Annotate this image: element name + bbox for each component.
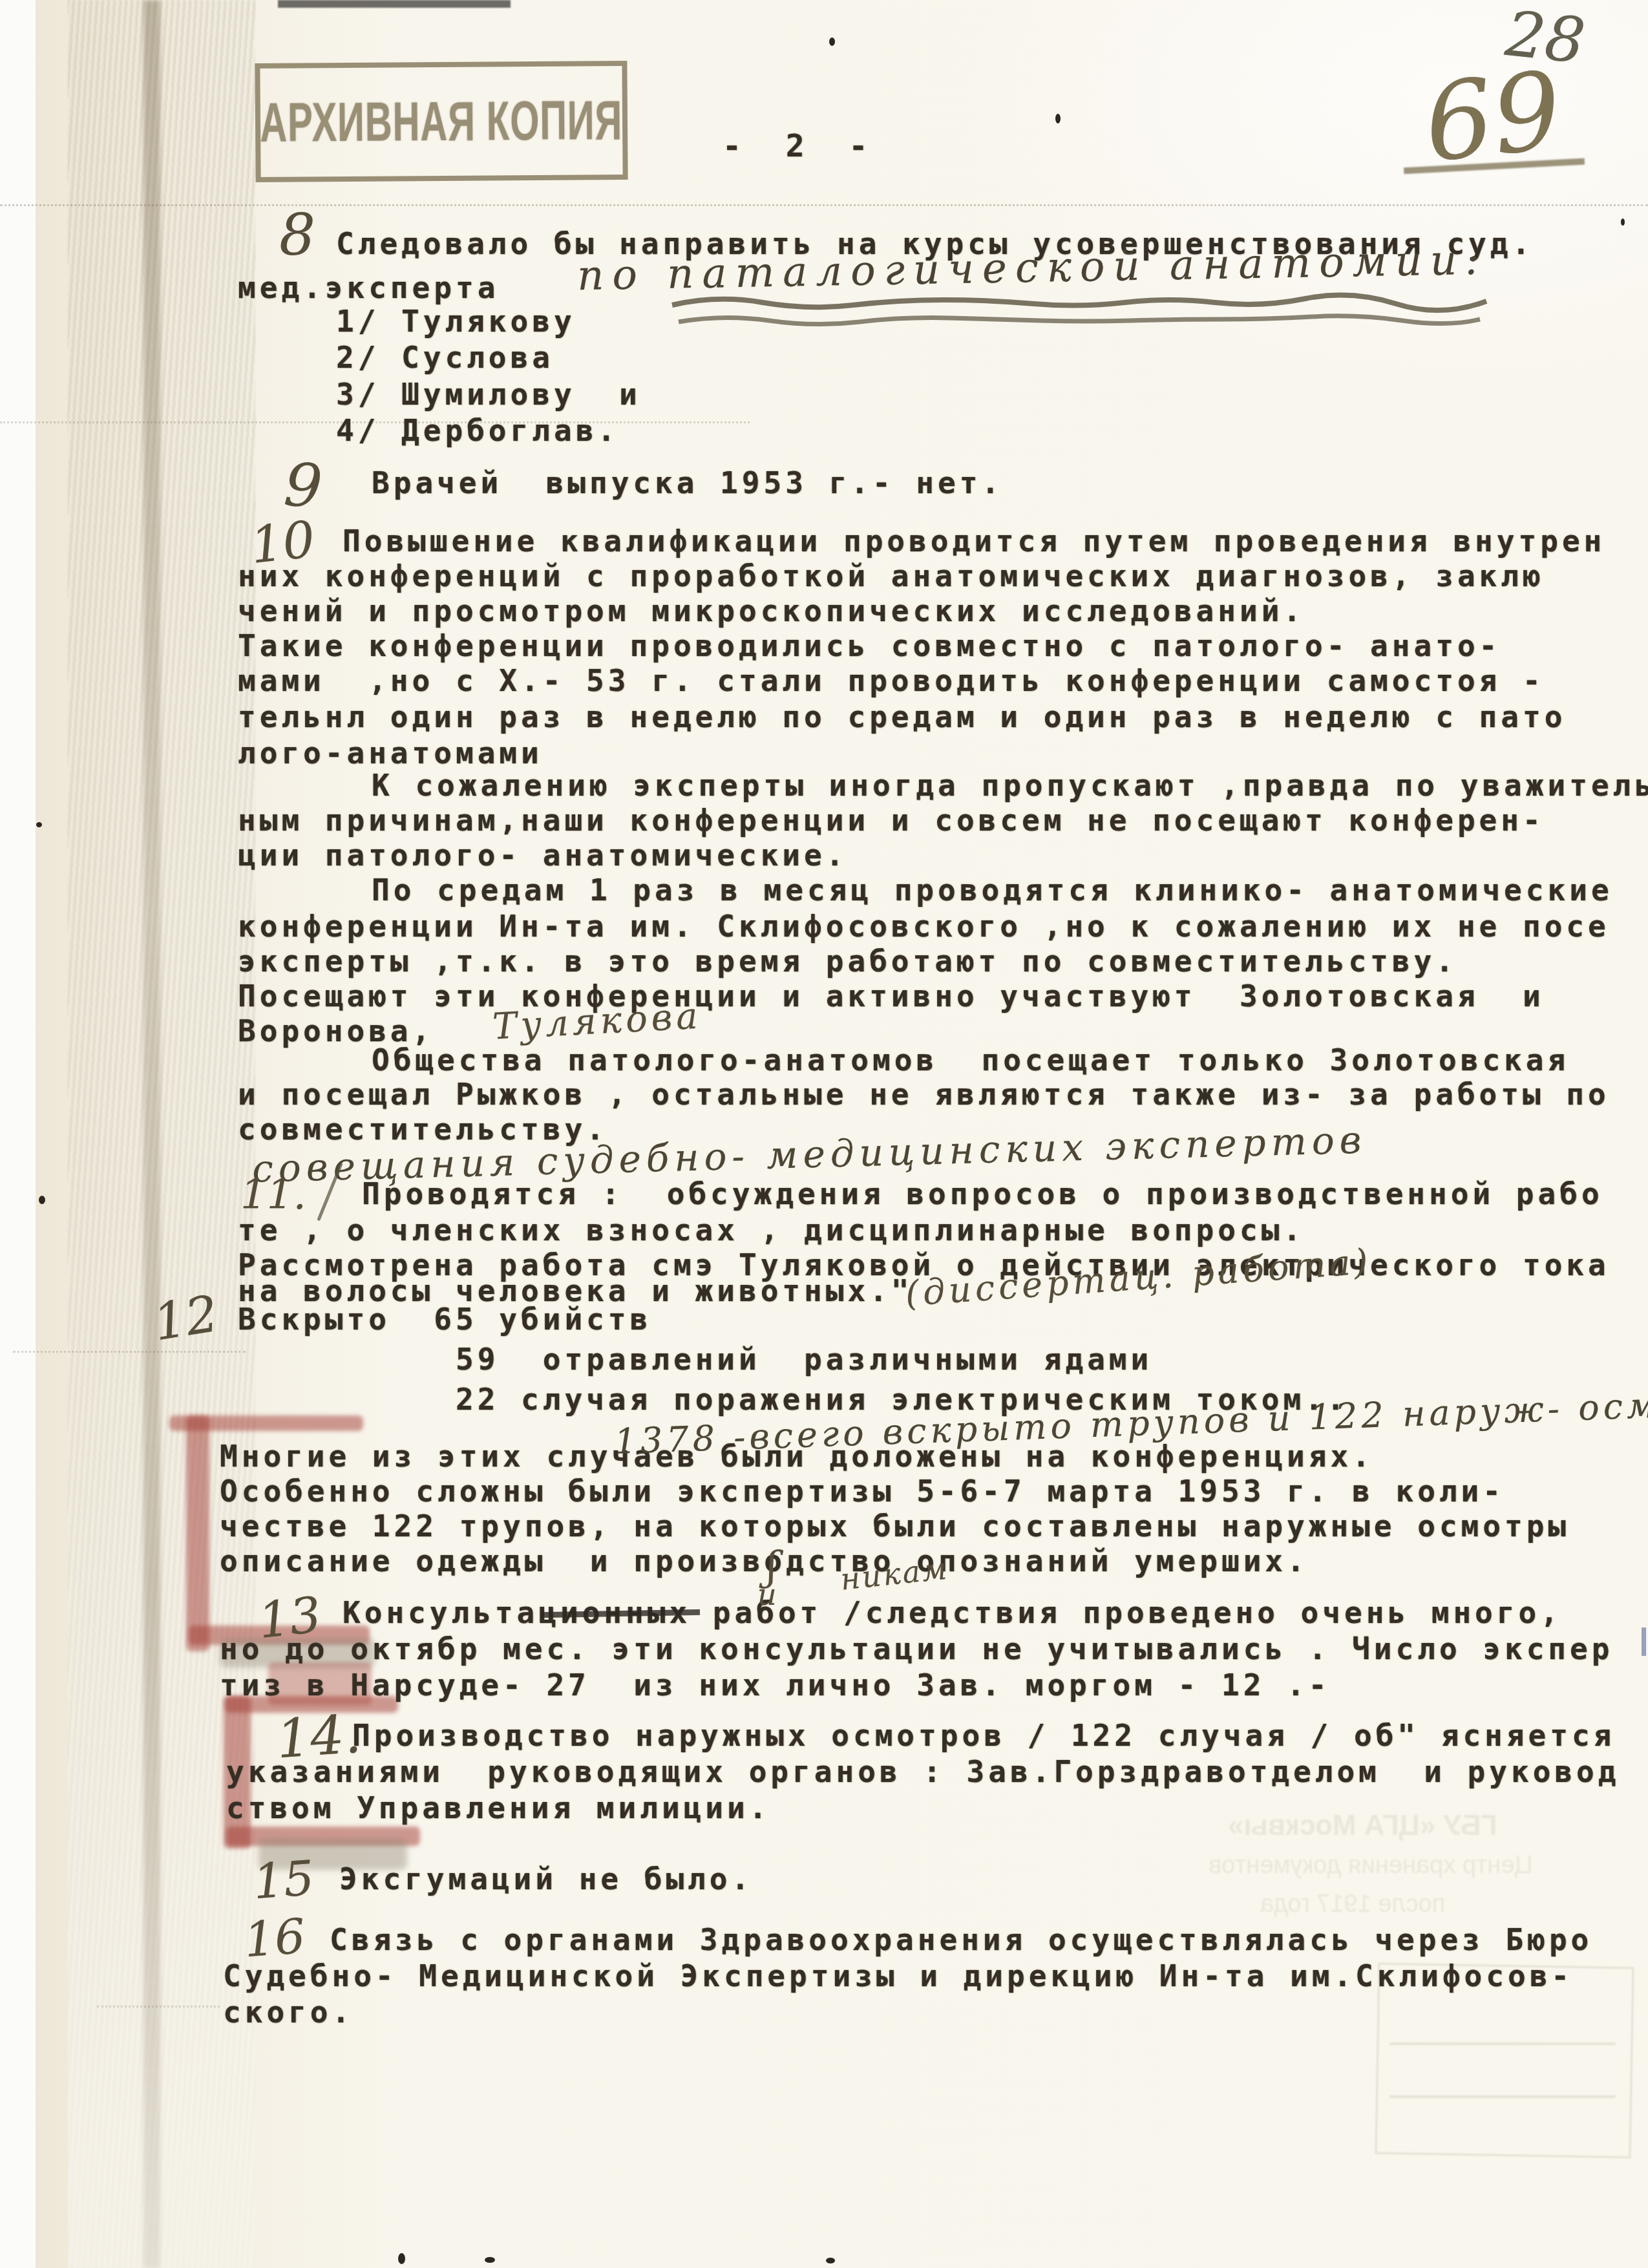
- typed-line: но до октябр мес. эти консультации не уч…: [220, 1633, 1613, 1666]
- typed-line: Производство наружных осмотров / 122 слу…: [352, 1719, 1615, 1752]
- para-number-9: 9: [282, 450, 324, 522]
- typed-line: чений и просмотром микроскопических иссл…: [238, 595, 1305, 628]
- bleed-through-rule: [1389, 2042, 1616, 2045]
- ink-speck: [826, 2258, 835, 2263]
- typed-line: Консультационных работ /следствия провед…: [343, 1596, 1562, 1629]
- typed-line: Посещают эти конференции и активно участ…: [238, 980, 1545, 1013]
- ink-speck: [1621, 218, 1625, 226]
- left-scanner-margin: [0, 0, 36, 2268]
- typed-line: Такие конференции проводились совместно …: [238, 630, 1501, 662]
- typed-line: ского.: [223, 1996, 354, 2029]
- page-number: - 2 -: [723, 129, 881, 164]
- ink-speck: [36, 822, 42, 827]
- fold-crease-core: [143, 0, 160, 2268]
- typed-line: К сожалению эксперты иногда пропускают ,…: [372, 769, 1648, 802]
- typed-line: Связь с органами Здравоохранения осущест…: [330, 1924, 1592, 1956]
- typed-line: Общества патолого-анатомов посещает толь…: [372, 1044, 1569, 1077]
- typed-line: Вскрыто 65 убийств: [238, 1303, 651, 1336]
- para-number-13: 13: [256, 1585, 324, 1649]
- para-number-10: 10: [248, 511, 318, 575]
- typed-line: эксперты ,т.к. в это время работают по с…: [238, 945, 1457, 978]
- fold-crease-band: [68, 0, 255, 2268]
- red-bracket-1-vertical: [186, 1415, 209, 1651]
- typed-line: тиз в Нарсуде- 27 из них лично Зав. морг…: [220, 1669, 1330, 1702]
- typed-line: Особенно сложны были экспертизы 5-6-7 ма…: [220, 1475, 1505, 1508]
- ink-speck: [398, 2253, 405, 2264]
- para-number-12: 12: [150, 1285, 222, 1352]
- fold-line-3: [13, 1351, 246, 1353]
- archive-copy-stamp-label: АРХИВНАЯ КОПИЯ: [260, 89, 623, 154]
- typed-line: ции патолого- анатомические.: [238, 839, 847, 872]
- typed-line: них конференций с проработкой анатомичес…: [238, 560, 1545, 593]
- typed-line: 4/ Дербоглав.: [336, 414, 619, 447]
- typed-line: Судебно- Медицинской Экспертизы и дирекц…: [223, 1960, 1573, 1993]
- fold-line-4: [97, 2006, 220, 2008]
- typed-line: мед.эксперта: [238, 271, 499, 304]
- typed-line: По средам 1 раз в месяц проводятся клини…: [372, 874, 1613, 907]
- para-number-16: 16: [242, 1909, 307, 1968]
- bleed-through-line: после 1917 года: [1260, 1891, 1445, 1918]
- fold-line-1: [0, 204, 1648, 206]
- bleed-through-line: ГБУ «ЦГА Москвы»: [1228, 1810, 1497, 1842]
- typed-line: конференции Ин-та им. Склифосовского ,но…: [238, 910, 1610, 943]
- typed-line: Врачей выпуска 1953 г.- нет.: [372, 467, 1003, 500]
- handwritten-double-underline: [669, 291, 1528, 336]
- ink-speck: [829, 37, 835, 46]
- ink-speck: [485, 2257, 495, 2263]
- blue-edge-mark: [1642, 1627, 1646, 1656]
- ink-speck: [39, 1196, 45, 1204]
- scanned-document-page: АРХИВНАЯ КОПИЯ - 2 - 28 69 8 Следовало б…: [0, 0, 1648, 2268]
- para-number-11: 11.: [240, 1171, 306, 1219]
- para-number-15: 15: [251, 1850, 316, 1910]
- ink-speck: [1055, 114, 1061, 123]
- typed-line: описание одежды и производство опознаний…: [220, 1545, 1309, 1578]
- bleed-through-rule: [1389, 2095, 1616, 2098]
- insertion-letter-mark: и: [757, 1577, 777, 1612]
- typed-line: ством Управления милиции.: [226, 1792, 770, 1825]
- typed-line: указаниями руководящих органов : Зав.Гор…: [226, 1755, 1620, 1788]
- typed-line: мами ,но с X.- 53 г. стали проводить кон…: [238, 664, 1545, 697]
- para-number-8: 8: [279, 202, 315, 268]
- typed-line: Эксгумаций не было.: [339, 1863, 753, 1896]
- typed-line: тельнл один раз в неделю по средам и оди…: [238, 701, 1566, 734]
- typed-line: Повышение квалификации проводится путем …: [343, 525, 1605, 558]
- archive-copy-stamp: АРХИВНАЯ КОПИЯ: [255, 61, 628, 182]
- typed-line: лого-анатомами: [238, 737, 543, 770]
- typed-line: 3/ Шумилову и: [336, 378, 641, 411]
- typed-line: честве 122 трупов, на которых были соста…: [220, 1510, 1570, 1543]
- typed-line: 1/ Тулякову: [336, 305, 576, 338]
- bleed-through-line: Центр хранения документов: [1209, 1852, 1533, 1880]
- typed-line: 2/ Суслова: [336, 341, 554, 374]
- typed-line: те , о членских взносах , дисциплинарные…: [238, 1214, 1305, 1247]
- typed-line: ным причинам,наши конференции и совсем н…: [238, 804, 1545, 837]
- top-scan-edge: [278, 0, 511, 8]
- typed-line: и посещал Рыжков , остальные не являются…: [238, 1078, 1610, 1111]
- typed-line: 59 отравлений различными ядами: [456, 1343, 1152, 1376]
- para-number-14: 14.: [275, 1704, 363, 1771]
